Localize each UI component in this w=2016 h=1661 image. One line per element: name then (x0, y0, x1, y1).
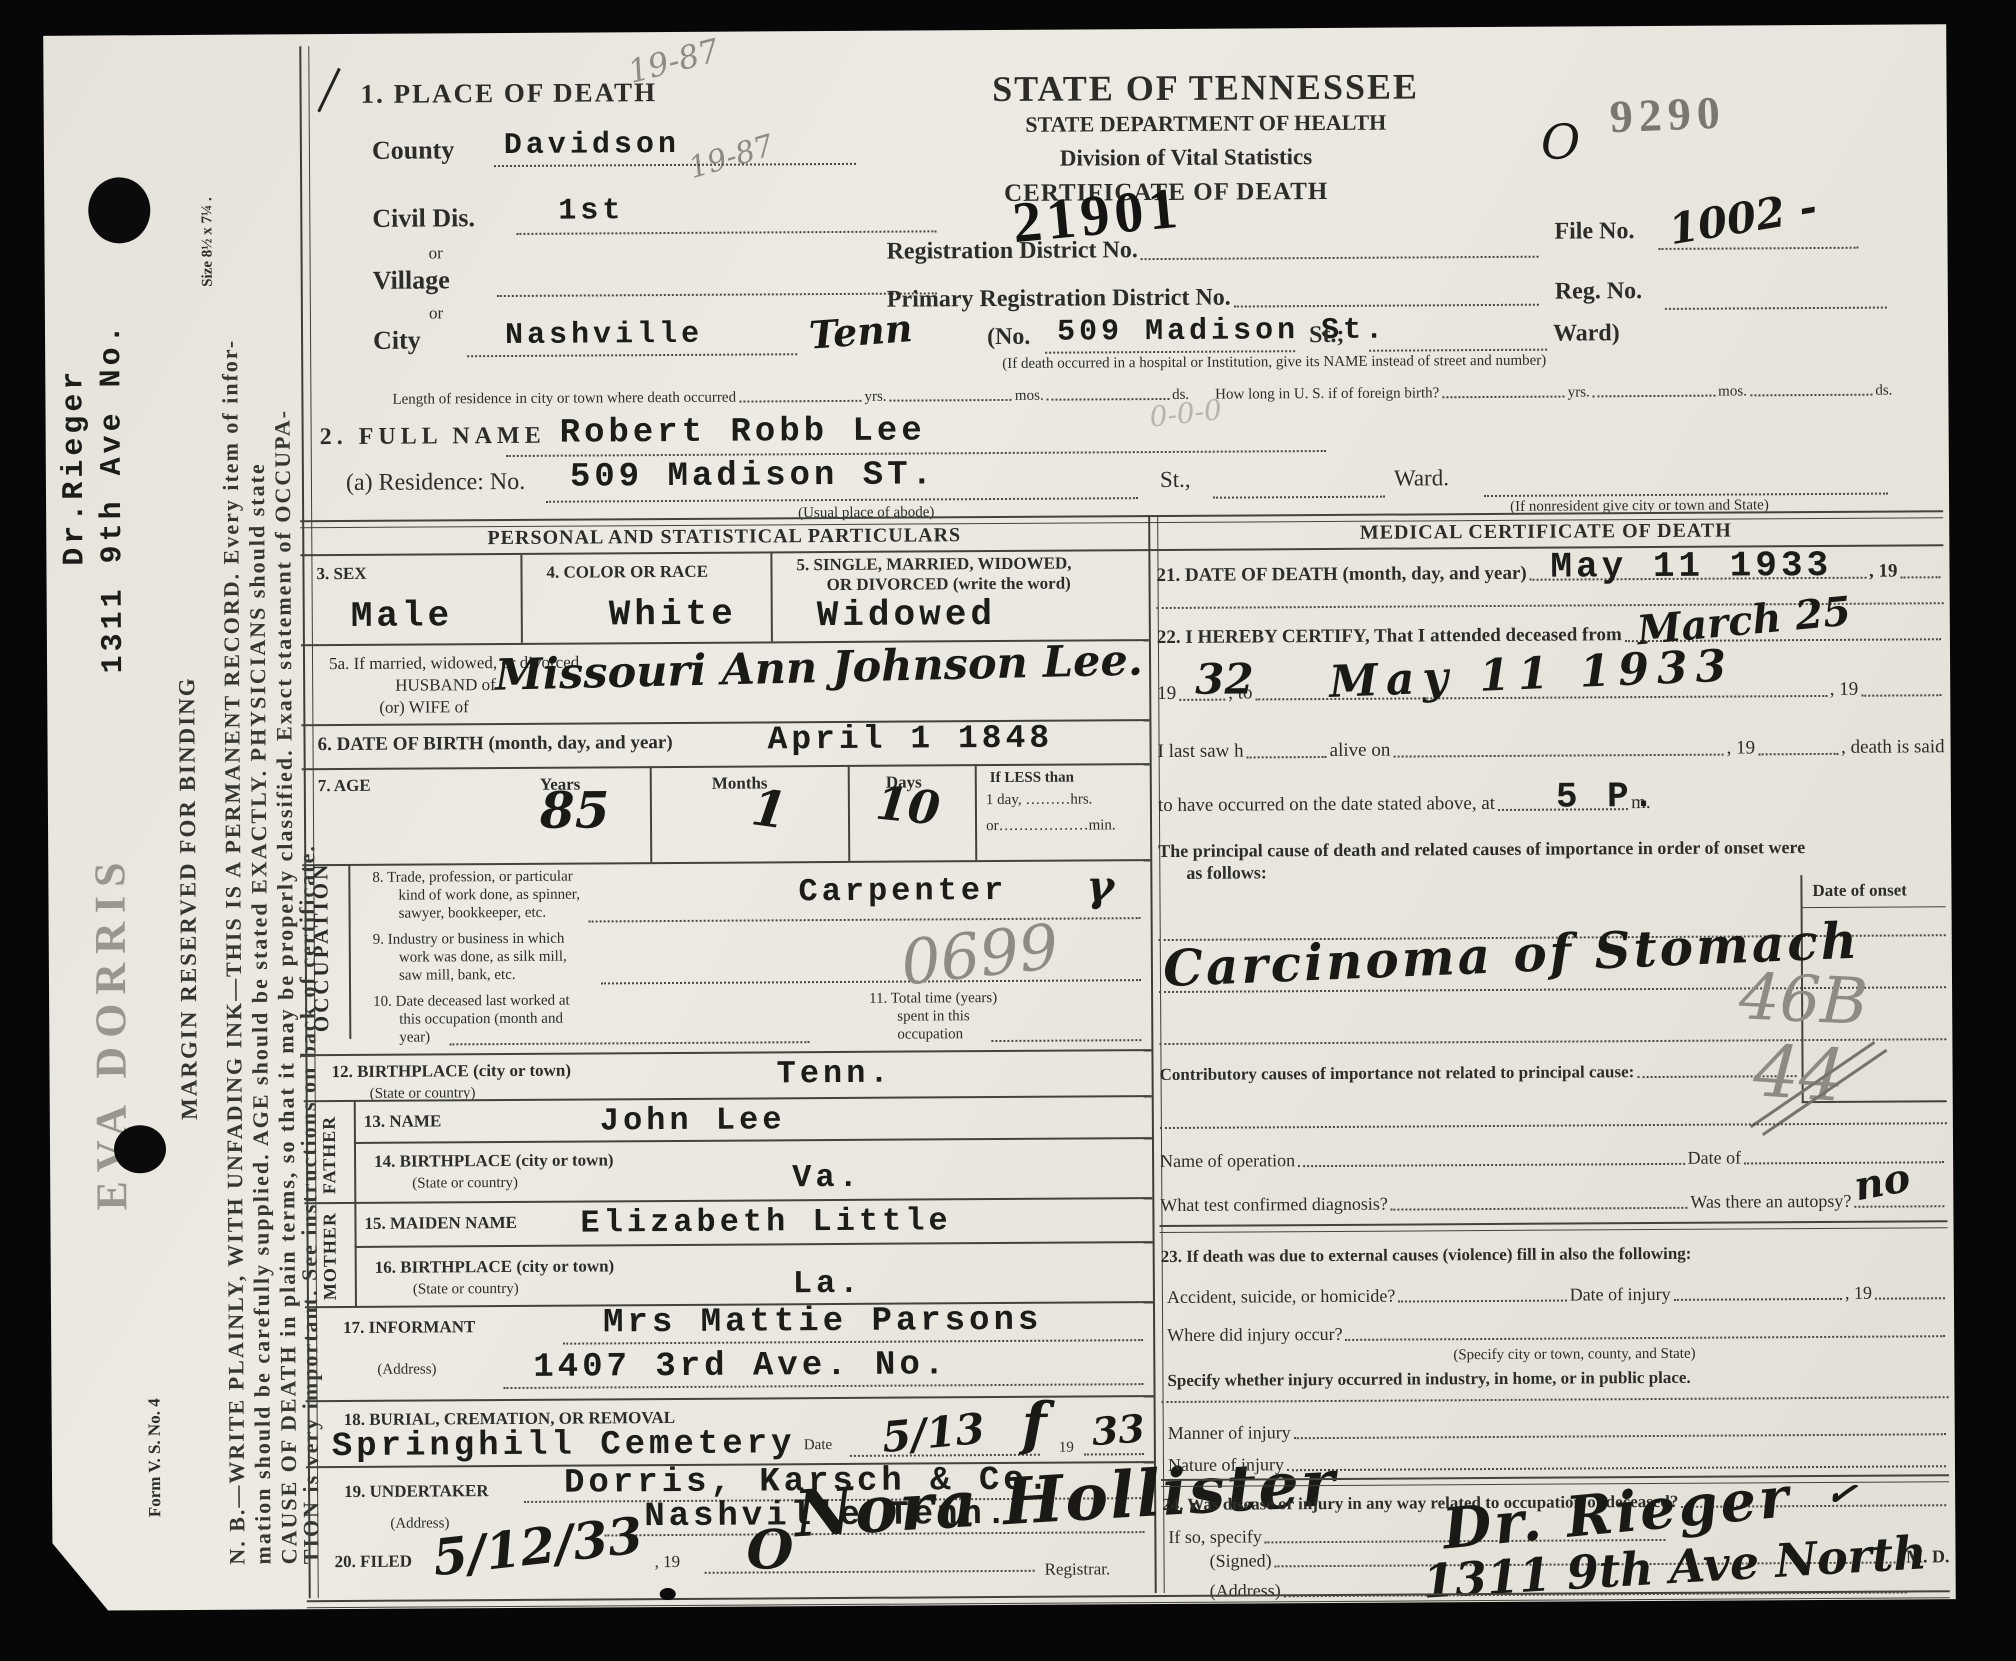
occurred-row: to have occurred on the date stated abov… (1158, 791, 1758, 817)
dob-label: 6. DATE OF BIRTH (month, day, and year) (317, 732, 672, 756)
last-saw-label-2: alive on (1330, 740, 1391, 762)
state-division: Division of Vital Statistics (876, 143, 1496, 173)
dots (1391, 1207, 1688, 1211)
industry-code-pencil: 0699 (897, 910, 1062, 1000)
mother-name-value: Elizabeth Little (580, 1202, 951, 1241)
autopsy-row: What test confirmed diagnosis? Was there… (1160, 1190, 1947, 1216)
onset-label: Date of onset (1812, 880, 1907, 901)
birthplace-label: 12. BIRTHPLACE (city or town) (331, 1061, 571, 1082)
sex-value: Male (351, 595, 454, 637)
lastworked-label-2: this occupation (month and (399, 1011, 563, 1029)
trade-label-2: kind of work done, as spinner, (398, 887, 580, 905)
form-bottom-border (307, 1590, 1950, 1608)
row-border (355, 1241, 1153, 1248)
dots (1875, 1297, 1945, 1299)
marital-label-1: 5. SINGLE, MARRIED, WIDOWED, (796, 554, 1071, 576)
age-days-value: 10 (873, 776, 942, 836)
ifless-label-1: If LESS than (990, 770, 1074, 788)
year-19a: 19 (1157, 683, 1176, 705)
dots (1234, 304, 1539, 308)
dots (1287, 1465, 1946, 1471)
marital-label-2: OR DIVORCED (write the word) (827, 574, 1071, 595)
manner-row: Manner of injury (1168, 1418, 1949, 1444)
industry-label-3: saw mill, bank, etc. (399, 967, 516, 985)
ink-check-mark (317, 68, 340, 113)
civil-district-label: Civil Dis. (372, 203, 475, 234)
injury-dotline (1162, 1396, 1949, 1403)
last-saw-row: I last saw h alive on , 19 , death is sa… (1158, 736, 1945, 763)
ifless-label-2: 1 day, ………hrs. (986, 791, 1093, 809)
city-label: City (373, 326, 421, 356)
lastworked-label-1: 10. Date deceased last worked at (373, 993, 570, 1011)
principal-cause-label-1: The principal cause of death and related… (1158, 837, 1805, 862)
nature-label: Nature of injury (1168, 1454, 1284, 1476)
informant-address-label: (Address) (377, 1361, 436, 1378)
reg-no-label: Reg. No. (1555, 278, 1642, 306)
burial-place-value: Springhill Cemetery (332, 1425, 796, 1466)
operation-date-label: Date of (1688, 1147, 1742, 1168)
civil-district-line (516, 230, 936, 235)
ds2-label: ds. (1875, 383, 1892, 400)
cell-divider (848, 765, 851, 861)
mos-label: mos. (1015, 388, 1044, 405)
trade-label-3: sawyer, bookkeeper, etc. (399, 905, 547, 923)
father-name-value: John Lee (600, 1101, 786, 1139)
year-19b: , 19 (1830, 679, 1859, 701)
state-title: STATE OF TENNESSEE (895, 65, 1515, 111)
length-note: Length of residence in city or town wher… (392, 390, 736, 409)
full-name-label: 2. FULL NAME (320, 423, 546, 451)
spouse-value: Missouri Ann Johnson Lee. (495, 635, 1144, 700)
occupation-ink-mark: γ (1086, 861, 1114, 910)
dots (1861, 694, 1941, 696)
ink-blob-bottom (114, 1125, 166, 1173)
ifless-label-3: or………………min. (986, 817, 1116, 835)
row-border (303, 1049, 1151, 1056)
race-label: 4. COLOR OR RACE (546, 562, 708, 583)
dots (1141, 256, 1539, 260)
age-months-value: 1 (748, 777, 790, 840)
undertaker-label: 19. UNDERTAKER (344, 1481, 489, 1502)
file-no-label: File No. (1554, 218, 1634, 245)
county-label: County (372, 135, 455, 166)
dots (1758, 753, 1838, 755)
primary-district-row: Primary Registration District No. (887, 283, 1542, 314)
lastworked-label-3: year) (399, 1029, 430, 1046)
dots (1346, 1335, 1946, 1341)
ink-blob-top (88, 177, 150, 243)
yrs-label: yrs. (864, 389, 886, 406)
margin-binding-note: MARGIN RESERVED FOR BINDING (175, 676, 201, 1120)
informant-address-value: 1407 3rd Ave. No. (533, 1346, 948, 1387)
last-saw-label-3: , 19 (1727, 737, 1756, 759)
dots (1247, 756, 1327, 758)
registration-district-row: Registration District No. (886, 235, 1541, 266)
hospital-note: (If death occurred in a hospital or Inst… (1002, 353, 1546, 373)
accident-row: Accident, suicide, or homicide? Date of … (1167, 1282, 1948, 1308)
mother-vertical-label: MOTHER (320, 1212, 339, 1300)
age-years-value: 85 (540, 780, 610, 839)
injury-19-label: , 19 (1845, 1283, 1872, 1304)
primary-district-label: Primary Registration District No. (887, 285, 1231, 314)
file-no-value: 1002 - (1665, 182, 1820, 255)
date-of-death-19: , 19 (1869, 561, 1898, 583)
father-bp-sub: (State or country) (412, 1175, 518, 1193)
occupation-vertical-label: OCCUPATION (310, 862, 332, 1033)
ifso-label: If so, specify (1168, 1526, 1262, 1548)
totaltime-label-3: occupation (897, 1026, 963, 1043)
mother-bp-sub: (State or country) (413, 1281, 519, 1299)
cell-divider (770, 553, 773, 641)
totaltime-line (991, 1039, 1141, 1042)
row-border (302, 859, 1150, 866)
contributory-label: Contributory causes of importance not re… (1160, 1062, 1635, 1085)
ink-flourish: f (1021, 1390, 1046, 1458)
filed-label: 20. FILED (334, 1552, 412, 1572)
trade-label-1: 8. Trade, profession, or particular (372, 869, 572, 887)
mother-bp-label: 16. BIRTHPLACE (city or town) (375, 1256, 615, 1277)
onset-code-44: 44 (1751, 1028, 1848, 1118)
yrs2-label: yrs. (1568, 384, 1590, 401)
cell-divider (520, 555, 523, 643)
marital-value: Widowed (817, 594, 996, 636)
date-of-death-label: 21. DATE OF DEATH (month, day, and year) (1156, 563, 1526, 587)
lastworked-line (449, 1041, 809, 1045)
occupation-value: Carpenter (798, 872, 1007, 910)
autopsy-label: Was there an autopsy? (1690, 1191, 1851, 1213)
industry-label-2: work was done, as silk mill, (399, 949, 567, 967)
left-panel-title: PERSONAL AND STATISTICAL PARTICULARS (300, 523, 1148, 551)
mos2-label: mos. (1718, 383, 1747, 400)
city-value: Nashville (505, 318, 703, 353)
dots (1674, 1298, 1842, 1301)
burial-date-label: Date (804, 1437, 832, 1454)
section-divider (1159, 1220, 1947, 1233)
dots (1593, 395, 1715, 398)
father-name-label: 13. NAME (364, 1111, 442, 1131)
file-stamp-9290: 9290 (1609, 86, 1727, 144)
margin-doctor-address: 1311 9th Ave No. (97, 321, 129, 673)
dots (1398, 1300, 1566, 1303)
county-line (494, 163, 856, 167)
informant-label: 17. INFORMANT (343, 1317, 475, 1338)
margin-doctor-name: Dr.Rieger (59, 368, 90, 566)
full-name-value: Robert Robb Lee (560, 412, 926, 452)
certify-label: 22. I HEREBY CERTIFY, That I attended de… (1157, 624, 1622, 649)
spouse-label-2: HUSBAND of (395, 675, 496, 696)
village-line (497, 292, 937, 297)
trade-line (589, 917, 1141, 922)
residence-label: (a) Residence: No. (346, 469, 525, 497)
mother-name-label: 15. MAIDEN NAME (364, 1213, 517, 1234)
residence-value: 509 Madison ST. (570, 456, 936, 496)
onset-label-underline (1801, 906, 1946, 908)
mother-bp-value: La. (793, 1265, 863, 1302)
dots (739, 400, 861, 403)
certificate-form: Dr.Rieger 1311 9th Ave No. EVA DORRIS Fo… (43, 24, 1956, 1611)
accident-label: Accident, suicide, or homicide? (1167, 1286, 1396, 1308)
certificate-paper: Dr.Rieger 1311 9th Ave No. EVA DORRIS Fo… (43, 24, 1956, 1611)
father-vertical-label: FATHER (320, 1116, 338, 1194)
autopsy-value: no (1850, 1154, 1913, 1210)
or-label-2: or (429, 303, 443, 323)
filed-19-label: , 19 (654, 1552, 680, 1572)
registration-district-label: Registration District No. (886, 237, 1137, 266)
street-line (1045, 350, 1295, 354)
last-saw-label-4: , death is said (1841, 736, 1945, 759)
specify-whether-note: Specify whether injury occurred in indus… (1167, 1368, 1690, 1391)
panel-divider (1148, 515, 1165, 1593)
ink-speck (660, 1588, 676, 1600)
state-dept: STATE DEPARTMENT OF HEALTH (896, 109, 1516, 139)
dots (1294, 1433, 1946, 1439)
test-label: What test confirmed diagnosis? (1160, 1194, 1388, 1216)
county-value: Davidson (504, 128, 680, 163)
pencil-note-a: 19-87 (624, 31, 723, 91)
dots (1744, 1161, 1944, 1164)
last-saw-label-1: I last saw h (1158, 741, 1244, 764)
pencil-note-b: 19-87 (685, 128, 778, 186)
race-value: White (609, 594, 737, 636)
margin-size-note: Size 8½ x 7¼ . (200, 197, 216, 287)
death-time-value: 5 P. (1556, 776, 1659, 818)
residence-st-label: St., (1160, 467, 1191, 493)
residence-ward-line (1484, 493, 1888, 497)
burial-year-value: 33 (1090, 1405, 1146, 1454)
cell-divider (975, 764, 978, 860)
cell-divider (650, 766, 653, 862)
dots (1750, 394, 1872, 397)
contributory-dotline (1160, 1122, 1947, 1129)
howlong-label: How long in U. S. if of foreign birth? (1215, 385, 1439, 403)
or-label-1: or (428, 243, 442, 263)
spouse-label-3: (or) WIFE of (379, 697, 469, 718)
occupation-box-border (348, 864, 351, 1039)
right-panel-title: MEDICAL CERTIFICATE OF DEATH (1148, 518, 1943, 546)
occurred-label: to have occurred on the date stated abov… (1158, 793, 1495, 817)
street-st-label: St.; (1309, 322, 1345, 349)
totaltime-label-1: 11. Total time (years) (869, 990, 997, 1008)
city-line (467, 353, 797, 357)
residence-st-line (1213, 496, 1385, 499)
specify-city-note: (Specify city or town, county, and State… (1453, 1346, 1695, 1364)
birthplace-value: Tenn. (776, 1055, 892, 1093)
injury-date-label: Date of injury (1570, 1284, 1671, 1306)
operation-row: Name of operation Date of (1160, 1146, 1947, 1172)
signed-label: (Signed) (1209, 1550, 1271, 1571)
dob-value: April 1 1848 (767, 720, 1053, 759)
where-injury-row: Where did injury occur? (1167, 1320, 1948, 1346)
burial-date-value: 5/13 (880, 1404, 987, 1462)
pencil-ooo: 0-0-0 (1148, 393, 1224, 434)
village-label: Village (373, 265, 450, 295)
date-of-death-value: May 11 1933 (1550, 545, 1832, 588)
place-of-death-title: 1. PLACE OF DEATH (360, 77, 657, 110)
residence-line (546, 497, 1138, 503)
father-bp-label: 14. BIRTHPLACE (city or town) (374, 1150, 614, 1171)
dots (890, 399, 1012, 402)
registrar-label: Registrar. (1045, 1559, 1111, 1579)
industry-label-1: 9. Industry or business in which (373, 931, 565, 949)
age-label: 7. AGE (318, 776, 371, 796)
ward-close-label: Ward) (1553, 320, 1620, 347)
handwritten-o: O (1541, 114, 1581, 170)
operation-label: Name of operation (1160, 1150, 1295, 1172)
dots (1901, 576, 1941, 578)
filed-o-value: O (746, 1517, 793, 1581)
sex-label: 3. SEX (316, 564, 366, 584)
residence-length-row: Length of residence in city or town wher… (392, 383, 1892, 409)
dots (1442, 396, 1564, 399)
civil-district-value: 1st (558, 194, 624, 228)
external-causes-label: 23. If death was due to external causes … (1161, 1244, 1692, 1267)
reg-no-line (1665, 307, 1887, 310)
informant-value: Mrs Mattie Parsons (603, 1302, 1042, 1343)
margin-form-number: Form V. S. No. 4 (146, 1398, 164, 1517)
totaltime-label-2: spent in this (897, 1008, 970, 1025)
residence-ward-label: Ward. (1394, 465, 1449, 491)
filed-date-value: 5/12/33 (430, 1505, 646, 1587)
dots (1298, 1163, 1685, 1167)
burial-19-label: 19 (1059, 1440, 1074, 1457)
father-bp-value: Va. (792, 1159, 862, 1196)
from-year-value: 32 (1195, 654, 1254, 703)
dots (1393, 754, 1723, 758)
principal-cause-label-2: as follows: (1186, 862, 1267, 883)
manner-label: Manner of injury (1168, 1422, 1291, 1444)
contributory-row: Contributory causes of importance not re… (1160, 1061, 1800, 1085)
ward-line (1369, 349, 1547, 352)
street-no-open: (No. (987, 324, 1030, 351)
where-injury-label: Where did injury occur? (1167, 1324, 1343, 1346)
